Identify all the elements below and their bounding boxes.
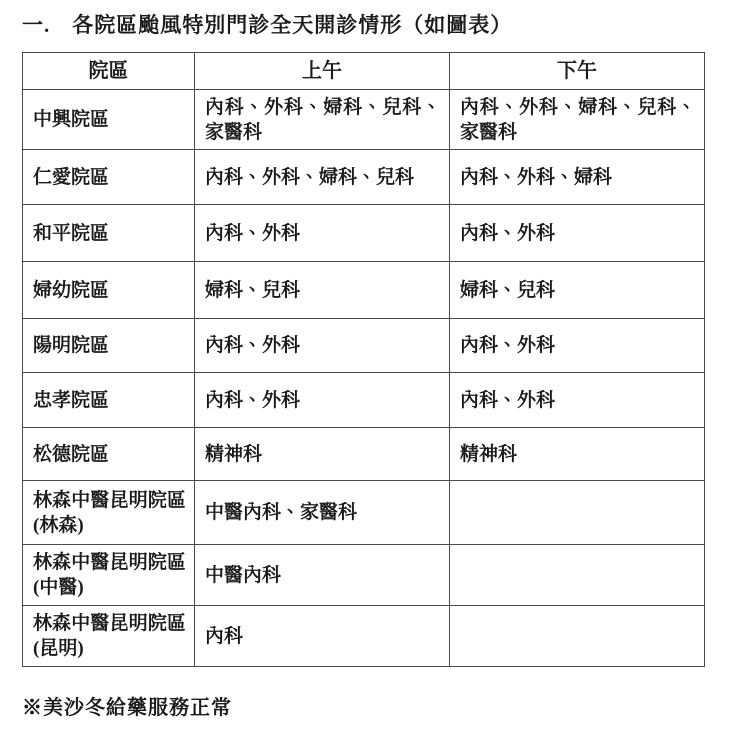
afternoon-cell [450, 545, 705, 606]
afternoon-cell: 內科、外科、婦科 [450, 150, 705, 205]
morning-cell: 中醫內科、家醫科 [195, 481, 450, 545]
morning-cell: 內科、外科 [195, 373, 450, 428]
afternoon-cell: 內科、外科、婦科、兒科、家醫科 [450, 90, 705, 150]
column-header-morning: 上午 [195, 53, 450, 90]
morning-cell: 內科 [195, 606, 450, 667]
campus-cell: 林森中醫昆明院區(中醫) [23, 545, 195, 606]
campus-cell: 林森中醫昆明院區(林森) [23, 481, 195, 545]
morning-cell: 內科、外科、婦科、兒科 [195, 150, 450, 205]
table-header-row: 院區 上午 下午 [23, 53, 705, 90]
campus-cell: 婦幼院區 [23, 262, 195, 319]
campus-cell: 仁愛院區 [23, 150, 195, 205]
table-row: 仁愛院區內科、外科、婦科、兒科內科、外科、婦科 [23, 150, 705, 205]
campus-cell: 忠孝院區 [23, 373, 195, 428]
campus-cell: 林森中醫昆明院區(昆明) [23, 606, 195, 667]
campus-cell: 和平院區 [23, 205, 195, 262]
page-title: 一. 各院區颱風特別門診全天開診情形（如圖表） [22, 9, 512, 39]
morning-cell: 中醫內科 [195, 545, 450, 606]
document-page: 一. 各院區颱風特別門診全天開診情形（如圖表） 院區 上午 下午 中興院區內科、… [0, 0, 750, 736]
table-row: 林森中醫昆明院區(昆明)內科 [23, 606, 705, 667]
methadone-service-footnote: ※美沙冬給藥服務正常 [22, 691, 232, 720]
morning-cell: 婦科、兒科 [195, 262, 450, 319]
campus-cell: 松德院區 [23, 428, 195, 481]
table-row: 婦幼院區婦科、兒科婦科、兒科 [23, 262, 705, 319]
table-row: 松德院區精神科精神科 [23, 428, 705, 481]
morning-cell: 內科、外科 [195, 205, 450, 262]
column-header-campus: 院區 [23, 53, 195, 90]
afternoon-cell [450, 606, 705, 667]
afternoon-cell: 精神科 [450, 428, 705, 481]
table-row: 和平院區內科、外科內科、外科 [23, 205, 705, 262]
typhoon-clinic-table: 院區 上午 下午 中興院區內科、外科、婦科、兒科、家醫科內科、外科、婦科、兒科、… [22, 52, 705, 667]
afternoon-cell [450, 481, 705, 545]
afternoon-cell: 內科、外科 [450, 205, 705, 262]
table-row: 林森中醫昆明院區(中醫)中醫內科 [23, 545, 705, 606]
afternoon-cell: 內科、外科 [450, 319, 705, 373]
morning-cell: 內科、外科、婦科、兒科、家醫科 [195, 90, 450, 150]
table-body: 中興院區內科、外科、婦科、兒科、家醫科內科、外科、婦科、兒科、家醫科仁愛院區內科… [23, 90, 705, 667]
afternoon-cell: 內科、外科 [450, 373, 705, 428]
table-row: 林森中醫昆明院區(林森)中醫內科、家醫科 [23, 481, 705, 545]
campus-cell: 陽明院區 [23, 319, 195, 373]
morning-cell: 精神科 [195, 428, 450, 481]
campus-cell: 中興院區 [23, 90, 195, 150]
table-row: 中興院區內科、外科、婦科、兒科、家醫科內科、外科、婦科、兒科、家醫科 [23, 90, 705, 150]
morning-cell: 內科、外科 [195, 319, 450, 373]
table-row: 忠孝院區內科、外科內科、外科 [23, 373, 705, 428]
column-header-afternoon: 下午 [450, 53, 705, 90]
table-row: 陽明院區內科、外科內科、外科 [23, 319, 705, 373]
afternoon-cell: 婦科、兒科 [450, 262, 705, 319]
